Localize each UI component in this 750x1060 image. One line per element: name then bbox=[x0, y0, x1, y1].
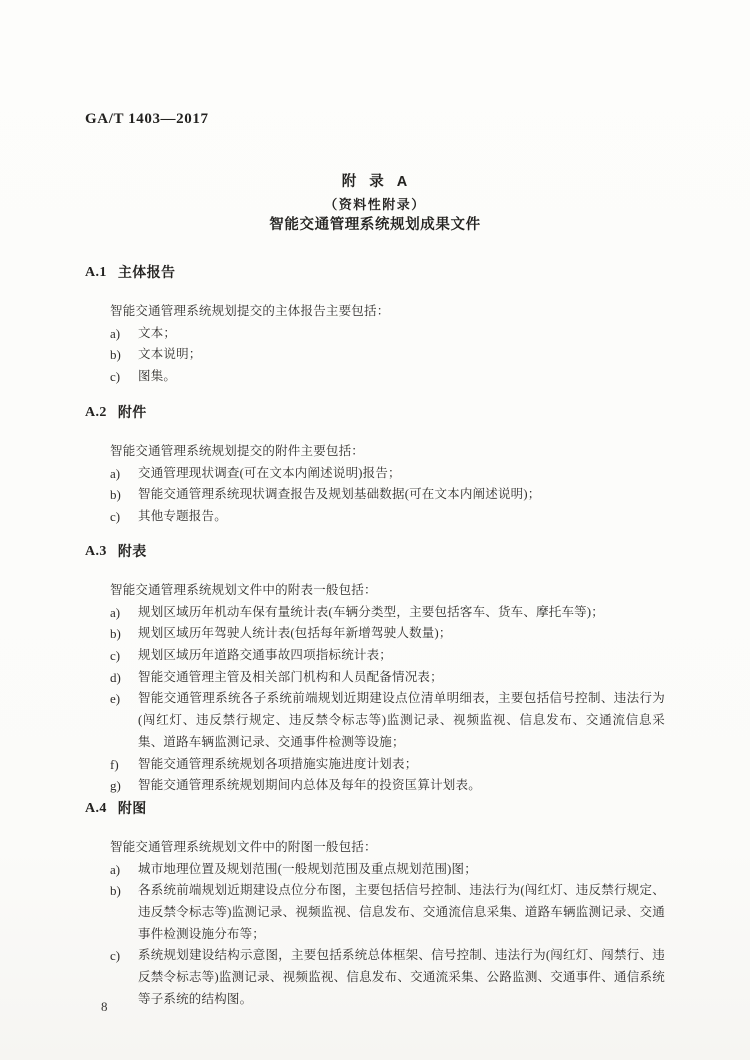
item-text: 文本； bbox=[138, 323, 665, 345]
list-item: g) 智能交通管理系统规划期间内总体及每年的投资匡算计划表。 bbox=[110, 775, 665, 797]
item-marker: c) bbox=[110, 645, 138, 667]
item-marker: g) bbox=[110, 775, 138, 797]
list-item: a) 规划区域历年机动车保有量统计表(车辆分类型，主要包括客车、货车、摩托车等)… bbox=[110, 602, 665, 624]
item-text: 规划区域历年驾驶人统计表(包括每年新增驾驶人数量)； bbox=[138, 623, 665, 645]
item-marker: c) bbox=[110, 945, 138, 1010]
item-text: 智能交通管理系统现状调查报告及规划基础数据(可在文本内阐述说明)； bbox=[138, 484, 665, 506]
section-a4: A.4 附图 智能交通管理系统规划文件中的附图一般包括： a) 城市地理位置及规… bbox=[85, 798, 665, 1011]
item-text: 其他专题报告。 bbox=[138, 506, 665, 528]
list-item: c) 系统规划建设结构示意图，主要包括系统总体框架、信号控制、违法行为(闯红灯、… bbox=[110, 945, 665, 1010]
item-marker: f) bbox=[110, 754, 138, 776]
list-item: f) 智能交通管理系统规划各项措施实施进度计划表； bbox=[110, 754, 665, 776]
section-intro: 智能交通管理系统规划提交的主体报告主要包括： bbox=[110, 301, 665, 323]
item-marker: a) bbox=[110, 323, 138, 345]
item-text: 规划区域历年机动车保有量统计表(车辆分类型，主要包括客车、货车、摩托车等)； bbox=[138, 602, 665, 624]
appendix-title: 附 录 A bbox=[0, 172, 750, 194]
list-item: a) 文本； bbox=[110, 323, 665, 345]
section-heading: A.2 附件 bbox=[85, 402, 665, 424]
item-text: 城市地理位置及规划范围(一般规划范围及重点规划范围)图； bbox=[138, 859, 665, 881]
section-number: A.2 bbox=[85, 402, 107, 424]
item-marker: b) bbox=[110, 880, 138, 945]
section-title: 附图 bbox=[118, 798, 147, 820]
appendix-name: 智能交通管理系统规划成果文件 bbox=[0, 215, 750, 237]
list-item: b) 规划区域历年驾驶人统计表(包括每年新增驾驶人数量)； bbox=[110, 623, 665, 645]
section-title: 附表 bbox=[118, 541, 147, 563]
item-text: 规划区域历年道路交通事故四项指标统计表； bbox=[138, 645, 665, 667]
list-item: c) 规划区域历年道路交通事故四项指标统计表； bbox=[110, 645, 665, 667]
section-heading: A.3 附表 bbox=[85, 541, 665, 563]
standard-number: GA/T 1403—2017 bbox=[85, 109, 209, 131]
item-marker: b) bbox=[110, 344, 138, 366]
appendix-subtitle: （资料性附录） bbox=[0, 194, 750, 216]
list-item: d) 智能交通管理主管及相关部门机构和人员配备情况表； bbox=[110, 667, 665, 689]
list-item: b) 智能交通管理系统现状调查报告及规划基础数据(可在文本内阐述说明)； bbox=[110, 484, 665, 506]
item-text: 文本说明； bbox=[138, 344, 665, 366]
item-marker: b) bbox=[110, 623, 138, 645]
list-item: a) 交通管理现状调查(可在文本内阐述说明)报告； bbox=[110, 463, 665, 485]
item-text: 智能交通管理系统规划各项措施实施进度计划表； bbox=[138, 754, 665, 776]
section-heading: A.4 附图 bbox=[85, 798, 665, 820]
item-marker: a) bbox=[110, 602, 138, 624]
item-marker: a) bbox=[110, 859, 138, 881]
page-number: 8 bbox=[101, 996, 108, 1018]
item-marker: b) bbox=[110, 484, 138, 506]
section-number: A.3 bbox=[85, 541, 107, 563]
section-a2: A.2 附件 智能交通管理系统规划提交的附件主要包括： a) 交通管理现状调查(… bbox=[85, 402, 665, 528]
document-page: GA/T 1403—2017 附 录 A （资料性附录） 智能交通管理系统规划成… bbox=[0, 0, 750, 1060]
item-text: 智能交通管理系统各子系统前端规划近期建设点位清单明细表，主要包括信号控制、违法行… bbox=[138, 688, 665, 753]
item-text: 图集。 bbox=[138, 366, 665, 388]
item-marker: c) bbox=[110, 506, 138, 528]
section-a1: A.1 主体报告 智能交通管理系统规划提交的主体报告主要包括： a) 文本； b… bbox=[85, 262, 665, 388]
list-item: e) 智能交通管理系统各子系统前端规划近期建设点位清单明细表，主要包括信号控制、… bbox=[110, 688, 665, 753]
list-item: b) 文本说明； bbox=[110, 344, 665, 366]
item-marker: a) bbox=[110, 463, 138, 485]
section-a3: A.3 附表 智能交通管理系统规划文件中的附表一般包括： a) 规划区域历年机动… bbox=[85, 541, 665, 797]
section-intro: 智能交通管理系统规划文件中的附图一般包括： bbox=[110, 837, 665, 859]
appendix-title-block: 附 录 A （资料性附录） 智能交通管理系统规划成果文件 bbox=[0, 172, 750, 237]
section-intro: 智能交通管理系统规划提交的附件主要包括： bbox=[110, 441, 665, 463]
item-text: 各系统前端规划近期建设点位分布图，主要包括信号控制、违法行为(闯红灯、违反禁行规… bbox=[138, 880, 665, 945]
item-marker: d) bbox=[110, 667, 138, 689]
section-title: 主体报告 bbox=[118, 262, 176, 284]
item-marker: e) bbox=[110, 688, 138, 753]
item-text: 系统规划建设结构示意图，主要包括系统总体框架、信号控制、违法行为(闯红灯、闯禁行… bbox=[138, 945, 665, 1010]
section-number: A.1 bbox=[85, 262, 107, 284]
item-text: 智能交通管理系统规划期间内总体及每年的投资匡算计划表。 bbox=[138, 775, 665, 797]
item-marker: c) bbox=[110, 366, 138, 388]
item-text: 交通管理现状调查(可在文本内阐述说明)报告； bbox=[138, 463, 665, 485]
item-text: 智能交通管理主管及相关部门机构和人员配备情况表； bbox=[138, 667, 665, 689]
section-number: A.4 bbox=[85, 798, 107, 820]
list-item: c) 其他专题报告。 bbox=[110, 506, 665, 528]
section-intro: 智能交通管理系统规划文件中的附表一般包括： bbox=[110, 580, 665, 602]
section-title: 附件 bbox=[118, 402, 147, 424]
list-item: b) 各系统前端规划近期建设点位分布图，主要包括信号控制、违法行为(闯红灯、违反… bbox=[110, 880, 665, 945]
page-content: A.1 主体报告 智能交通管理系统规划提交的主体报告主要包括： a) 文本； b… bbox=[85, 262, 665, 1011]
list-item: a) 城市地理位置及规划范围(一般规划范围及重点规划范围)图； bbox=[110, 859, 665, 881]
list-item: c) 图集。 bbox=[110, 366, 665, 388]
section-heading: A.1 主体报告 bbox=[85, 262, 665, 284]
